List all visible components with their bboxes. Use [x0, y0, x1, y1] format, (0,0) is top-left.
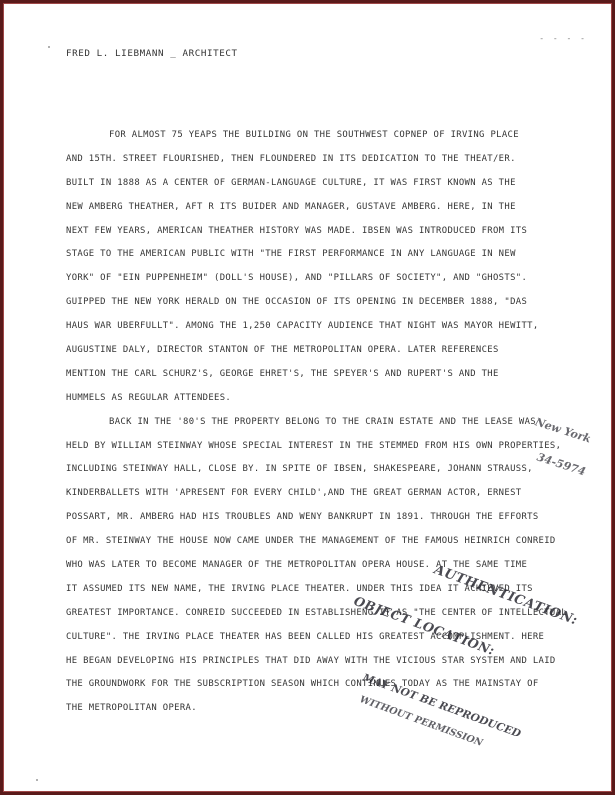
text-line: AUGUSTINE DALY, DIRECTOR STANTON OF THE … [66, 339, 611, 363]
text-line: INCLUDING STEINWAY HALL, CLOSE BY. IN SP… [66, 458, 611, 482]
text-line: NEW AMBERG THEATHER, AFT R ITS BUIDER AN… [66, 196, 611, 220]
text-line: KINDERBALLETS WITH 'APRESENT FOR EVERY C… [66, 482, 611, 506]
text-line: THE GROUNDWORK FOR THE SUBSCRIPTION SEAS… [66, 673, 611, 697]
text-line: FOR ALMOST 75 YEAPS THE BUILDING ON THE … [66, 124, 611, 148]
text-line: HELD BY WILLIAM STEINWAY WHOSE SPECIAL I… [66, 435, 611, 459]
scan-speck [36, 779, 38, 781]
document-header: FRED L. LIEBMANN _ ARCHITECT [66, 48, 238, 59]
text-line: THE METROPOLITAN OPERA. [66, 697, 611, 721]
text-line: HAUS WAR UBERFULLT". AMONG THE 1,250 CAP… [66, 315, 611, 339]
text-line: HUMMELS AS REGULAR ATTENDEES. [66, 387, 611, 411]
text-line: STAGE TO THE AMERICAN PUBLIC WITH "THE F… [66, 243, 611, 267]
text-line: HE BEGAN DEVELOPING HIS PRINCIPLES THAT … [66, 650, 611, 674]
text-line: OF MR. STEINWAY THE HOUSE NOW CAME UNDER… [66, 530, 611, 554]
text-line: CULTURE". THE IRVING PLACE THEATER HAS B… [66, 626, 611, 650]
text-line: AND 15TH. STREET FLOURISHED, THEN FLOUND… [66, 148, 611, 172]
text-line: NEXT FEW YEARS, AMERICAN THEATHER HISTOR… [66, 220, 611, 244]
typewritten-page: - - - - FRED L. LIEBMANN _ ARCHITECT FOR… [0, 0, 615, 795]
corner-mark: - - - - [539, 34, 587, 43]
text-line: GUIPPED THE NEW YORK HERALD ON THE OCCAS… [66, 291, 611, 315]
text-line: BUILT IN 1888 AS A CENTER OF GERMAN-LANG… [66, 172, 611, 196]
text-line: BACK IN THE '80'S THE PROPERTY BELONG TO… [66, 411, 611, 435]
text-line: POSSART, MR. AMBERG HAD HIS TROUBLES AND… [66, 506, 611, 530]
document-body: FOR ALMOST 75 YEAPS THE BUILDING ON THE … [66, 124, 611, 721]
text-line: WHO WAS LATER TO BECOME MANAGER OF THE M… [66, 554, 611, 578]
text-line: MENTION THE CARL SCHURZ'S, GEORGE EHRET'… [66, 363, 611, 387]
text-line: YORK" OF "EIN PUPPENHEIM" (DOLL'S HOUSE)… [66, 267, 611, 291]
scan-speck [48, 46, 50, 48]
